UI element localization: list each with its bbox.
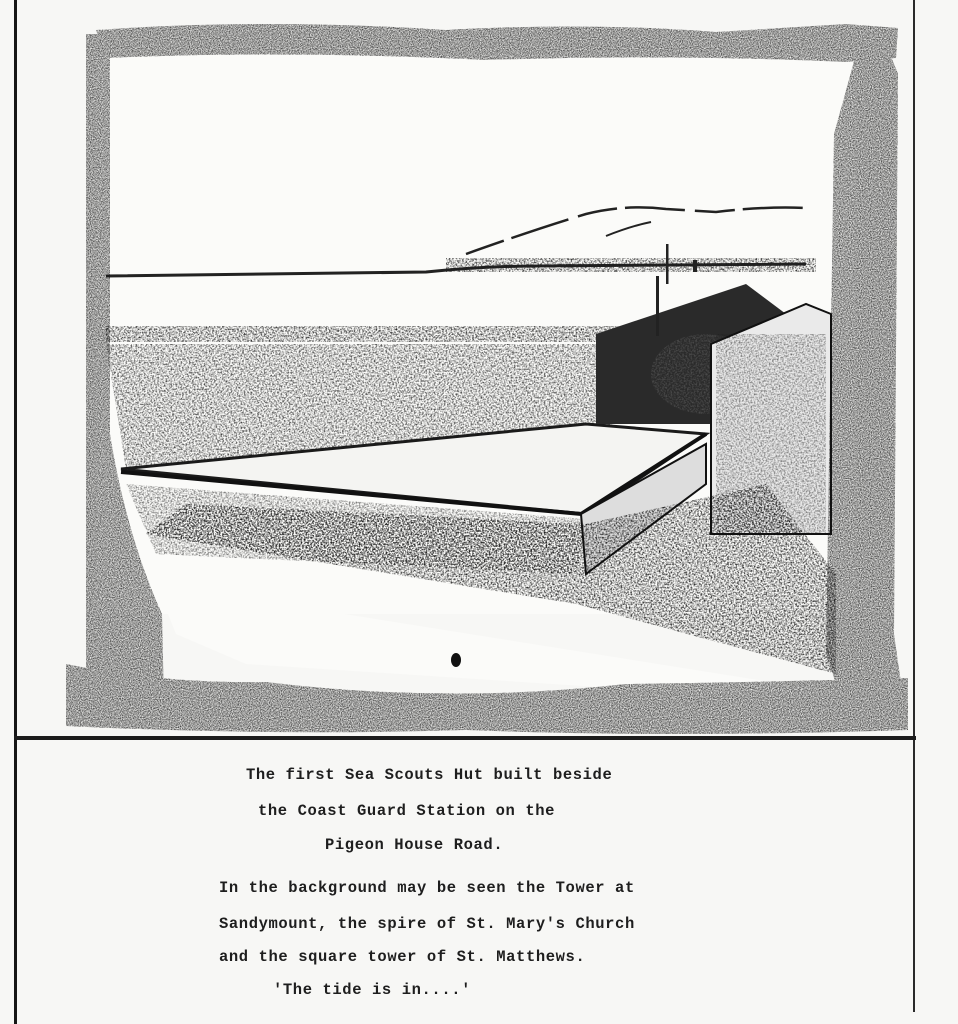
page-border-right [913,0,915,1012]
caption-quote: 'The tide is in....' [273,981,471,999]
caption-divider [14,736,916,740]
caption-title-line-3: Pigeon House Road. [325,836,503,854]
caption-body-line-1: In the background may be seen the Tower … [219,879,635,897]
page-border-left [14,0,17,1024]
caption-title-line-1: The first Sea Scouts Hut built beside [246,766,612,784]
sea-scouts-hut-illustration [66,14,908,734]
caption-title-line-2: the Coast Guard Station on the [258,802,555,820]
caption-body-line-2: Sandymount, the spire of St. Mary's Chur… [219,915,635,933]
caption-body-line-3: and the square tower of St. Matthews. [219,948,585,966]
